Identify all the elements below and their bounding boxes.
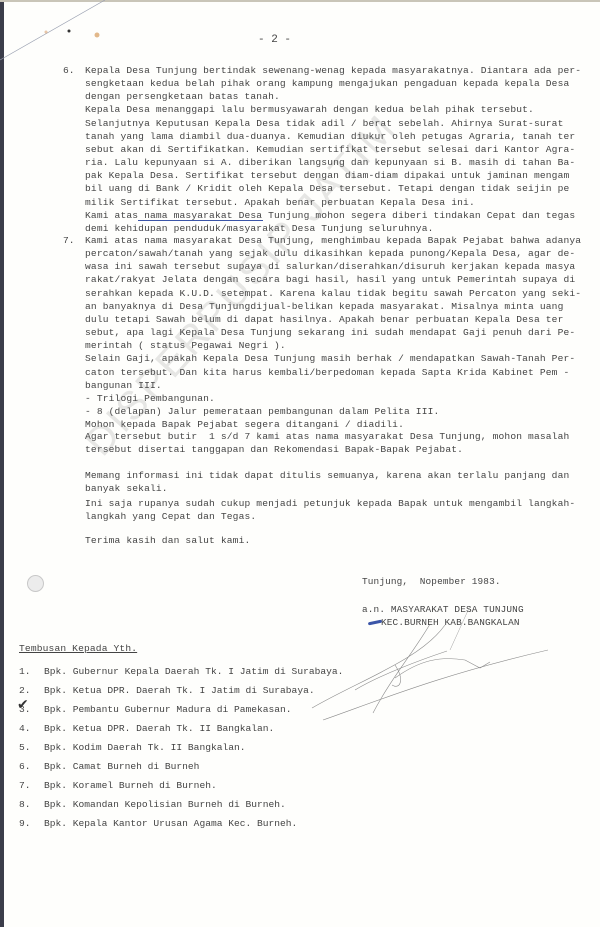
carbon-copy-recipient: Bpk. Pembantu Gubernur Madura di Pamekas… xyxy=(44,703,292,716)
item-7-line: rakat/rakyat Jelata dengan secara bagi h… xyxy=(85,273,575,286)
closing-paragraph-1-line: Agar tersebut butir 1 s/d 7 kami atas na… xyxy=(85,430,569,443)
item-7-line: an banyaknya di Desa Tunjungdijual-belik… xyxy=(85,300,563,313)
closing-paragraph-4-line: Terima kasih dan salut kami. xyxy=(85,534,250,547)
carbon-copy-recipient: Bpk. Camat Burneh di Burneh xyxy=(44,760,199,773)
on-behalf-line: a.n. MASYARAKAT DESA TUNJUNG xyxy=(362,603,524,616)
carbon-copy-recipient: Bpk. Ketua DPR. Daerah Tk. II Bangkalan. xyxy=(44,722,274,735)
carbon-copy-number: 4. xyxy=(19,722,31,735)
carbon-copy-number: 1. xyxy=(19,665,31,678)
place-date: Tunjung, Nopember 1983. xyxy=(362,575,501,588)
punch-hole xyxy=(27,575,44,592)
carbon-copy-recipient: Bpk. Koramel Burneh di Burneh. xyxy=(44,779,217,792)
carbon-copy-number: 5. xyxy=(19,741,31,754)
carbon-copy-recipient: Bpk. Gubernur Kepala Daerah Tk. I Jatim … xyxy=(44,665,343,678)
item-7-line: wasa ini sawah tersebut supaya di salurk… xyxy=(85,260,575,273)
carbon-copy-number: 6. xyxy=(19,760,31,773)
handwritten-underline xyxy=(138,220,263,221)
item-7-line: sebut, apa lagi Kepala Desa Tunjung seka… xyxy=(85,326,575,339)
item-6-line: tanah yang lama diambil dua-duanya. Kemu… xyxy=(85,130,575,143)
closing-paragraph-3-line: langkah yang Cepat dan Tegas. xyxy=(85,510,256,523)
item-7-line: Kami atas nama masyarakat Desa Tunjung, … xyxy=(85,234,581,247)
carbon-copy-number: 2. xyxy=(19,684,31,697)
carbon-copy-number: 8. xyxy=(19,798,31,811)
item-6-line: Selanjutnya Keputusan Kepala Desa tidak … xyxy=(85,117,563,130)
document-page: - 2 - 6. Kepala Desa Tunjung bertindak s… xyxy=(0,0,600,927)
closing-paragraph-2-line: Memang informasi ini tidak dapat ditulis… xyxy=(85,469,569,482)
carbon-copy-recipient: Bpk. Kepala Kantor Urusan Agama Kec. Bur… xyxy=(44,817,297,830)
item-6-line: Kepala Desa Tunjung bertindak sewenang-w… xyxy=(85,64,581,77)
carbon-copy-number: 9. xyxy=(19,817,31,830)
item-6-line: dengan persengketaan batas tanah. xyxy=(85,90,280,103)
item-7-line: percaton/sawah/tanah yang sejak dulu dik… xyxy=(85,247,575,260)
checkmark-icon: ✔ xyxy=(17,697,29,713)
carbon-copy-recipient: Bpk. Komandan Kepolisian Burneh di Burne… xyxy=(44,798,286,811)
district-line: KEC.BURNEH KAB.BANGKALAN xyxy=(381,616,520,629)
item-6-line: Kepala Desa menanggapi lalu bermusyawara… xyxy=(85,103,534,116)
page-number: - 2 - xyxy=(258,34,291,46)
item-6-number: 6. xyxy=(63,64,75,77)
closing-paragraph-3-line: Ini saja rupanya sudah cukup menjadi pet… xyxy=(85,497,575,510)
item-7-line: dulu tetapi Sawah belum di dapat hasilny… xyxy=(85,313,563,326)
item-6-line: sengketaan kedua belah pihak orang kampu… xyxy=(85,77,569,90)
carbon-copy-number: 7. xyxy=(19,779,31,792)
carbon-copy-heading: Tembusan Kepada Yth. xyxy=(19,642,137,655)
carbon-copy-recipient: Bpk. Kodim Daerah Tk. II Bangkalan. xyxy=(44,741,246,754)
closing-paragraph-2-line: banyak sekali. xyxy=(85,482,168,495)
item-7-line: serahkan kepada K.U.D. setempat. Karena … xyxy=(85,287,581,300)
carbon-copy-recipient: Bpk. Ketua DPR. Daerah Tk. I Jatim di Su… xyxy=(44,684,315,697)
closing-paragraph-1-line: tersebut disertai tanggapan dan Rekomend… xyxy=(85,443,463,456)
item-6-line: milik Sertifikat tersebut. Apakah benar … xyxy=(85,196,475,209)
item-7-number: 7. xyxy=(63,234,75,247)
